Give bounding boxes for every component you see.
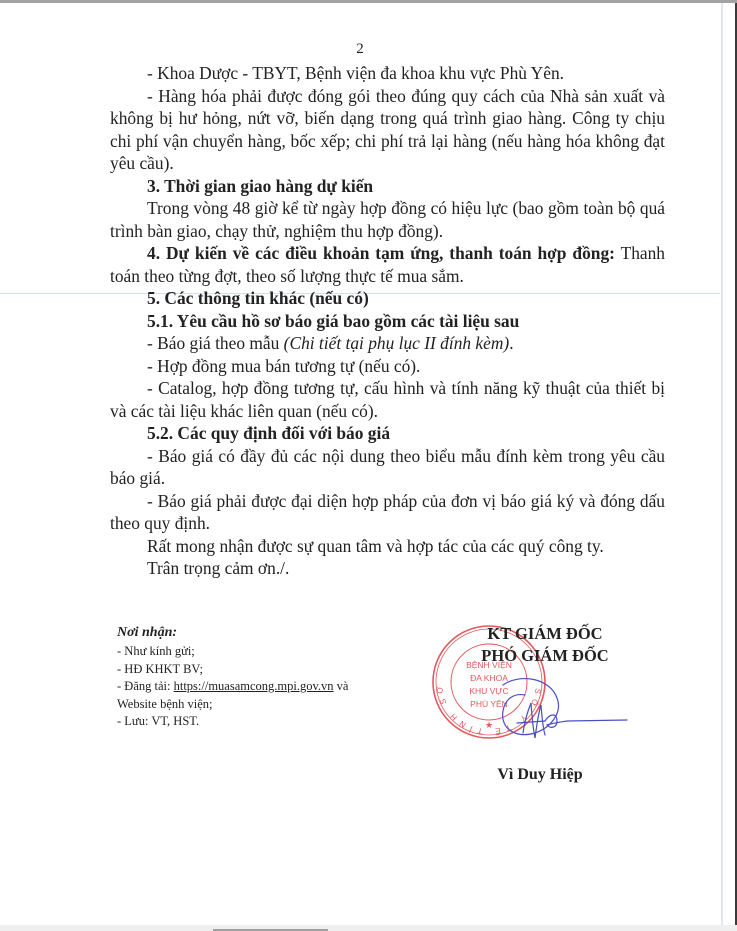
document-page: 2 - Khoa Dược - TBYT, Bệnh viện đa khoa … <box>0 3 720 929</box>
recipient-item: - Như kính gửi; <box>117 643 397 661</box>
paragraph-text: - Hợp đồng mua bán tương tự (nếu có). <box>147 356 420 376</box>
paragraph: - Catalog, hợp đồng tương tự, cấu hình v… <box>110 377 665 422</box>
recipients-block: Nơi nhận: - Như kính gửi; - HĐ KHKT BV; … <box>117 623 397 731</box>
svg-text:★: ★ <box>485 720 493 730</box>
publish-suffix: và <box>334 679 349 693</box>
horizontal-scrollbar[interactable] <box>0 925 737 931</box>
paragraph: 5.2. Các quy định đối với báo giá <box>110 422 665 445</box>
paragraph: - Hàng hóa phải được đóng gói theo đúng … <box>110 85 665 175</box>
recipient-item: - HĐ KHKT BV; <box>117 661 397 679</box>
paragraph-text: Trân trọng cảm ơn./. <box>147 558 289 578</box>
paragraph: Trân trọng cảm ơn./. <box>110 557 665 580</box>
procurement-link[interactable]: https://muasamcong.mpi.gov.vn <box>174 679 334 693</box>
paragraph-text: . <box>509 333 513 353</box>
paragraph-text: - Báo giá theo mẫu <box>147 333 284 353</box>
recipient-item: Website bệnh viện; <box>117 696 397 714</box>
signer-name: Vì Duy Hiệp <box>470 766 610 784</box>
paragraph-text: - Báo giá phải được đại diện hợp pháp củ… <box>110 491 665 534</box>
paragraph: - Khoa Dược - TBYT, Bệnh viện đa khoa kh… <box>110 62 665 85</box>
paragraph-text: - Báo giá có đầy đủ các nội dung theo bi… <box>110 446 665 489</box>
publish-prefix: - Đăng tải: <box>117 679 174 693</box>
paragraph: 5.1. Yêu cầu hồ sơ báo giá bao gồm các t… <box>110 310 665 333</box>
paragraph: - Báo giá theo mẫu (Chi tiết tại phụ lục… <box>110 332 665 355</box>
signature-title-line1: KT GIÁM ĐỐC <box>445 623 645 645</box>
document-body: - Khoa Dược - TBYT, Bệnh viện đa khoa kh… <box>110 62 665 580</box>
paragraph: - Báo giá có đầy đủ các nội dung theo bi… <box>110 445 665 490</box>
paragraph: 5. Các thông tin khác (nếu có) <box>110 287 665 310</box>
heading-text: 3. Thời gian giao hàng dự kiến <box>147 176 373 196</box>
heading-text: 5. Các thông tin khác (nếu có) <box>147 288 369 308</box>
paragraph: - Báo giá phải được đại diện hợp pháp củ… <box>110 490 665 535</box>
paragraph: 3. Thời gian giao hàng dự kiến <box>110 175 665 198</box>
heading-text: 5.2. Các quy định đối với báo giá <box>147 423 390 443</box>
paragraph: Rất mong nhận được sự quan tâm và hợp tá… <box>110 535 665 558</box>
recipient-item: - Lưu: VT, HST. <box>117 713 397 731</box>
page-edge-divider <box>721 3 723 929</box>
recipient-item-publish: - Đăng tải: https://muasamcong.mpi.gov.v… <box>117 678 397 696</box>
signature-icon <box>495 673 630 743</box>
paragraph-text: Rất mong nhận được sự quan tâm và hợp tá… <box>147 536 604 556</box>
document-viewer: 2 - Khoa Dược - TBYT, Bệnh viện đa khoa … <box>0 0 737 931</box>
paragraph-text: - Hàng hóa phải được đóng gói theo đúng … <box>110 86 665 174</box>
paragraph-text: Trong vòng 48 giờ kể từ ngày hợp đồng có… <box>110 198 665 241</box>
heading-text: 4. Dự kiến về các điều khoản tạm ứng, th… <box>147 243 615 263</box>
recipients-title: Nơi nhận: <box>117 623 397 643</box>
paragraph: 4. Dự kiến về các điều khoản tạm ứng, th… <box>110 242 665 287</box>
signature-title-block: KT GIÁM ĐỐC PHÓ GIÁM ĐỐC <box>445 623 645 667</box>
paragraph: - Hợp đồng mua bán tương tự (nếu có). <box>110 355 665 378</box>
signature-title-line2: PHÓ GIÁM ĐỐC <box>445 645 645 667</box>
handwritten-signature <box>495 673 630 743</box>
paragraph: Trong vòng 48 giờ kể từ ngày hợp đồng có… <box>110 197 665 242</box>
page-number: 2 <box>0 41 720 58</box>
heading-text: 5.1. Yêu cầu hồ sơ báo giá bao gồm các t… <box>147 311 519 331</box>
paragraph-text: (Chi tiết tại phụ lục II đính kèm) <box>284 333 510 353</box>
paragraph-text: - Khoa Dược - TBYT, Bệnh viện đa khoa kh… <box>147 63 564 83</box>
paragraph-text: - Catalog, hợp đồng tương tự, cấu hình v… <box>110 378 665 421</box>
